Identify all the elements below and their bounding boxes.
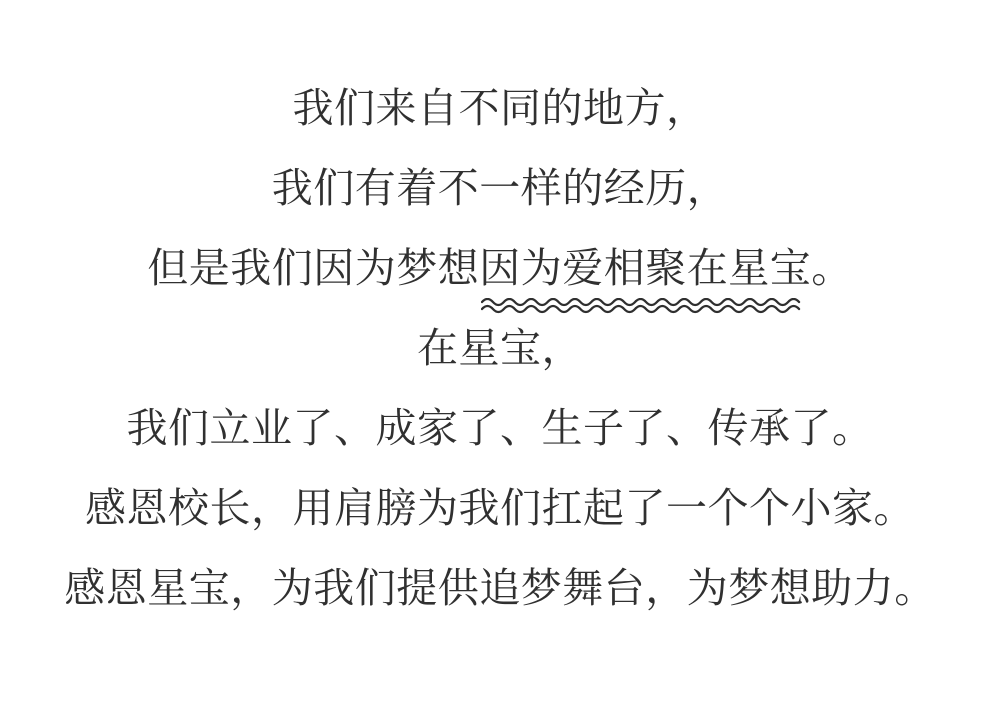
poem-line-text: 我们立业了、成家了、生子了、传承了。: [127, 405, 874, 451]
poem-line-7: 感恩星宝，为我们提供追梦舞台，为梦想助力。: [0, 548, 1000, 628]
page: 我们来自不同的地方， 我们有着不一样的经历， 但是我们因为梦想因为爱相聚在星宝 …: [0, 0, 1000, 719]
poem-line-6: 感恩校长，用肩膀为我们扛起了一个个小家。: [0, 468, 1000, 548]
poem-line-text: 但是我们因为梦想: [147, 245, 479, 291]
poem-line-text: 我们来自不同的地方，: [293, 85, 708, 131]
poem-line-5: 我们立业了、成家了、生子了、传承了。: [0, 388, 1000, 468]
poem-line-3: 但是我们因为梦想因为爱相聚在星宝 。: [0, 228, 1000, 308]
poem-line-text: 感恩校长，用肩膀为我们扛起了一个个小家。: [85, 485, 915, 531]
poem-line-text: 在星宝，: [417, 325, 583, 371]
double-wavy-underline: [481, 298, 809, 314]
poem-line-1: 我们来自不同的地方，: [0, 68, 1000, 148]
poem-line-text: 感恩星宝，为我们提供追梦舞台，为梦想助力。: [64, 565, 936, 611]
poem-line-text: 因为爱相聚在星宝: [479, 245, 811, 291]
poem-line-text: 。: [811, 245, 853, 291]
poem-line-2: 我们有着不一样的经历，: [0, 148, 1000, 228]
poem-line-text: 我们有着不一样的经历，: [272, 165, 729, 211]
wavy-underlined-text: 因为爱相聚在星宝: [479, 228, 811, 308]
poem-line-4: 在星宝，: [0, 308, 1000, 388]
poem-text-block: 我们来自不同的地方， 我们有着不一样的经历， 但是我们因为梦想因为爱相聚在星宝 …: [0, 0, 1000, 628]
